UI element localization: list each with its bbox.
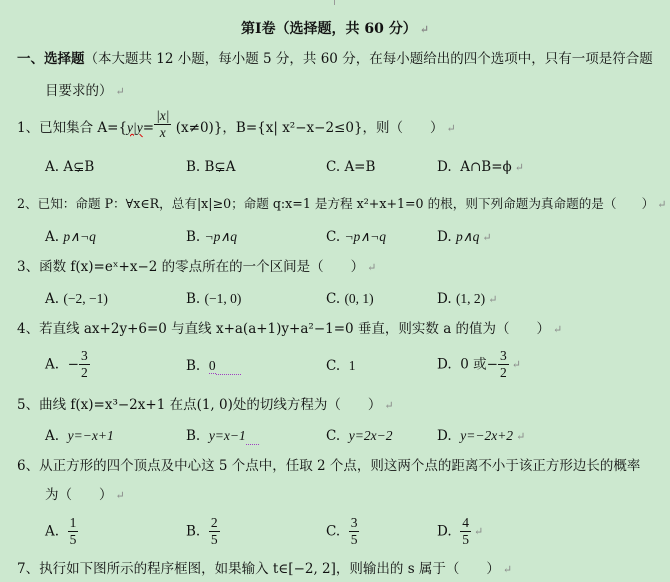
question-number: 7、 bbox=[17, 561, 39, 577]
frac-numerator: 3 bbox=[349, 515, 360, 532]
option-label: C. bbox=[326, 291, 340, 307]
option-d[interactable]: D. 0 或−32↵ bbox=[437, 348, 521, 381]
question-number: 2、 bbox=[17, 196, 38, 211]
frac-denominator: 5 bbox=[460, 532, 471, 548]
option-value: ¬p∧q bbox=[205, 229, 238, 244]
option-value: y=2x−2 bbox=[349, 428, 393, 443]
option-value: y=−x+1 bbox=[68, 428, 114, 443]
option-c[interactable]: C. y=2x−2 bbox=[326, 427, 392, 445]
option-value: A∩B=ϕ bbox=[460, 159, 512, 175]
option-value: (0, 1) bbox=[344, 291, 373, 306]
paragraph-mark-icon: ↵ bbox=[512, 358, 521, 371]
paragraph-mark-icon: ↵ bbox=[516, 430, 525, 443]
question-number: 5、 bbox=[17, 397, 39, 413]
option-label: C. bbox=[326, 159, 340, 175]
question-text: 执行如下图所示的程序框图，如果输入 t∈[−2, 2]，则输出的 s 属于（ ） bbox=[39, 561, 500, 577]
option-value: B⊊A bbox=[205, 159, 236, 175]
question-2: 2、已知：命题 P：∀x∈R，总有|x|≥0；命题 q:x=1 是方程 x²+x… bbox=[17, 195, 666, 214]
option-label: D. bbox=[437, 428, 452, 444]
question-text-cont: (x≠0)}，B={x| x²−x−2≤0}，则（ ） bbox=[176, 120, 444, 136]
question-text: 若直线 ax+2y+6=0 与直线 x+a(a+1)y+a²−1=0 垂直，则实… bbox=[39, 321, 550, 337]
option-prefix: 0 或− bbox=[460, 357, 498, 373]
option-label: A. bbox=[45, 291, 59, 307]
option-c[interactable]: C. ¬p∧¬q bbox=[326, 228, 386, 246]
option-c[interactable]: C. (0, 1) bbox=[326, 290, 374, 308]
option-b[interactable]: B. y=x−1 bbox=[186, 427, 259, 445]
section-desc-2: 目要求的） bbox=[45, 83, 113, 99]
paragraph-mark-icon: ↵ bbox=[553, 323, 562, 336]
option-label: B. bbox=[186, 524, 200, 540]
option-a[interactable]: A. −32 bbox=[45, 348, 90, 381]
frac-numerator: 2 bbox=[209, 515, 220, 532]
fraction: 32 bbox=[79, 348, 90, 381]
page-marker bbox=[334, 0, 335, 5]
option-label: B. bbox=[186, 358, 200, 374]
question-text: 曲线 f(x)=x³−2x+1 在点(1, 0)处的切线方程为（ ） bbox=[39, 397, 381, 413]
question-text: 已知集合 A={ bbox=[39, 120, 127, 136]
frac-denominator: 5 bbox=[209, 532, 220, 548]
option-d[interactable]: D. A∩B=ϕ↵ bbox=[437, 158, 524, 177]
option-value: ¬p∧¬q bbox=[344, 229, 386, 244]
option-label: B. bbox=[186, 291, 200, 307]
option-value: A⊊B bbox=[63, 159, 94, 175]
paragraph-mark-icon: ↵ bbox=[116, 85, 125, 98]
frac-numerator: 3 bbox=[498, 348, 509, 365]
option-a[interactable]: A. 15 bbox=[45, 515, 78, 548]
question-6-cont: 为（ ）↵ bbox=[45, 486, 125, 505]
option-value: A=B bbox=[344, 159, 375, 175]
paragraph-mark-icon: ↵ bbox=[515, 161, 524, 174]
paragraph-mark-icon: ↵ bbox=[116, 489, 125, 502]
frac-numerator: 3 bbox=[79, 348, 90, 365]
fraction: 32 bbox=[498, 348, 509, 381]
option-a[interactable]: A. A⊊B bbox=[45, 158, 94, 176]
paragraph-mark-icon: ↵ bbox=[503, 563, 512, 576]
option-label: B. bbox=[186, 229, 200, 245]
question-text: 函数 f(x)=eˣ+x−2 的零点所在的一个区间是（ ） bbox=[39, 259, 364, 275]
fraction: 35 bbox=[349, 515, 360, 548]
option-a[interactable]: A. y=−x+1 bbox=[45, 427, 114, 445]
question-text: 从正方形的四个顶点及中心这 5 个点中，任取 2 个点，则这两个点的距离不小于该… bbox=[39, 458, 640, 474]
option-label: A. bbox=[45, 524, 59, 540]
option-value: (−1, 0) bbox=[205, 291, 242, 306]
option-value: (1, 2) bbox=[456, 291, 485, 306]
option-b[interactable]: B. B⊊A bbox=[186, 158, 236, 176]
question-4: 4、若直线 ax+2y+6=0 与直线 x+a(a+1)y+a²−1=0 垂直，… bbox=[17, 320, 562, 339]
set-var: y|y bbox=[127, 120, 143, 135]
option-b[interactable]: B. 0 bbox=[186, 357, 241, 375]
frac-numerator: 1 bbox=[68, 515, 79, 532]
option-label: A. bbox=[45, 229, 59, 245]
frac-denominator: 5 bbox=[349, 532, 360, 548]
option-value: 0 bbox=[209, 358, 216, 374]
question-5: 5、曲线 f(x)=x³−2x+1 在点(1, 0)处的切线方程为（ ）↵ bbox=[17, 396, 394, 415]
question-number: 4、 bbox=[17, 321, 39, 337]
frac-denominator: 2 bbox=[79, 365, 90, 381]
option-value: y=−2x+2 bbox=[460, 428, 513, 443]
section-heading: 一、选择题（本大题共 12 小题，每小题 5 分，共 60 分，在每小题给出的四… bbox=[17, 50, 653, 68]
paper-title: 第Ⅰ卷（选择题，共 60 分）↵ bbox=[0, 20, 670, 39]
option-label: D. bbox=[437, 229, 452, 245]
option-label: C. bbox=[326, 428, 340, 444]
option-label: A. bbox=[45, 357, 59, 373]
question-number: 3、 bbox=[17, 259, 39, 275]
option-prefix: − bbox=[68, 357, 79, 373]
option-d[interactable]: D. p∧q↵ bbox=[437, 228, 492, 247]
frac-numerator: |x| bbox=[154, 108, 171, 125]
question-text: 已知：命题 P：∀x∈R，总有|x|≥0；命题 q:x=1 是方程 x²+x+1… bbox=[38, 196, 655, 211]
option-d[interactable]: D. (1, 2)↵ bbox=[437, 290, 497, 309]
option-value: (−2, −1) bbox=[63, 291, 107, 306]
paragraph-mark-icon: ↵ bbox=[420, 23, 429, 36]
question-3: 3、函数 f(x)=eˣ+x−2 的零点所在的一个区间是（ ）↵ bbox=[17, 258, 376, 277]
option-d[interactable]: D. 45↵ bbox=[437, 515, 483, 548]
fraction: 45 bbox=[460, 515, 471, 548]
option-c[interactable]: C. 35 bbox=[326, 515, 359, 548]
option-value: 1 bbox=[349, 358, 356, 373]
option-value: y=x−1 bbox=[209, 428, 246, 443]
option-value: p∧q bbox=[456, 229, 479, 244]
question-number: 6、 bbox=[17, 458, 39, 474]
frac-denominator: 2 bbox=[498, 365, 509, 381]
question-number: 1、 bbox=[17, 120, 39, 136]
frac-denominator: x bbox=[154, 125, 171, 141]
option-label: B. bbox=[186, 428, 200, 444]
paragraph-mark-icon: ↵ bbox=[482, 231, 491, 244]
paragraph-mark-icon: ↵ bbox=[384, 399, 393, 412]
question-text-cont: 为（ ） bbox=[45, 487, 113, 503]
option-a[interactable]: A. (−2, −1) bbox=[45, 290, 108, 308]
option-label: C. bbox=[326, 358, 340, 374]
section-heading-cont: 目要求的）↵ bbox=[45, 82, 125, 101]
option-b[interactable]: B. (−1, 0) bbox=[186, 290, 241, 308]
question-6: 6、从正方形的四个顶点及中心这 5 个点中，任取 2 个点，则这两个点的距离不小… bbox=[17, 457, 640, 475]
frac-denominator: 5 bbox=[68, 532, 79, 548]
fraction: |x|x bbox=[154, 108, 171, 141]
option-label: B. bbox=[186, 159, 200, 175]
option-label: D. bbox=[437, 291, 452, 307]
option-label: A. bbox=[45, 428, 59, 444]
equals: = bbox=[143, 120, 154, 136]
option-d[interactable]: D. y=−2x+2↵ bbox=[437, 427, 525, 446]
option-c[interactable]: C. A=B bbox=[326, 158, 375, 176]
option-label: D. bbox=[437, 159, 452, 175]
option-label: D. bbox=[437, 524, 452, 540]
option-label: C. bbox=[326, 229, 340, 245]
option-b[interactable]: B. 25 bbox=[186, 515, 220, 548]
option-value: p∧¬q bbox=[63, 229, 96, 244]
section-label: 一、选择题 bbox=[17, 51, 85, 67]
option-label: A. bbox=[45, 159, 59, 175]
frac-numerator: 4 bbox=[460, 515, 471, 532]
paragraph-mark-icon: ↵ bbox=[488, 293, 497, 306]
paragraph-mark-icon: ↵ bbox=[447, 122, 456, 135]
paragraph-mark-icon: ↵ bbox=[474, 525, 483, 538]
question-1: 1、已知集合 A={y|y=|x|x (x≠0)}，B={x| x²−x−2≤0… bbox=[17, 116, 456, 141]
fraction: 25 bbox=[209, 515, 220, 548]
option-a[interactable]: A. p∧¬q bbox=[45, 228, 96, 246]
question-7: 7、执行如下图所示的程序框图，如果输入 t∈[−2, 2]，则输出的 s 属于（… bbox=[17, 560, 512, 579]
section-desc-1: （本大题共 12 小题，每小题 5 分，共 60 分，在每小题给出的四个选项中，… bbox=[85, 51, 653, 67]
paragraph-mark-icon: ↵ bbox=[657, 198, 666, 211]
option-label: D. bbox=[437, 357, 452, 373]
title-text: 第Ⅰ卷（选择题，共 60 分） bbox=[241, 21, 417, 37]
option-b[interactable]: B. ¬p∧q bbox=[186, 228, 237, 246]
paragraph-mark-icon: ↵ bbox=[367, 261, 376, 274]
fraction: 15 bbox=[68, 515, 79, 548]
option-c[interactable]: C. 1 bbox=[326, 357, 355, 375]
option-label: C. bbox=[326, 524, 340, 540]
